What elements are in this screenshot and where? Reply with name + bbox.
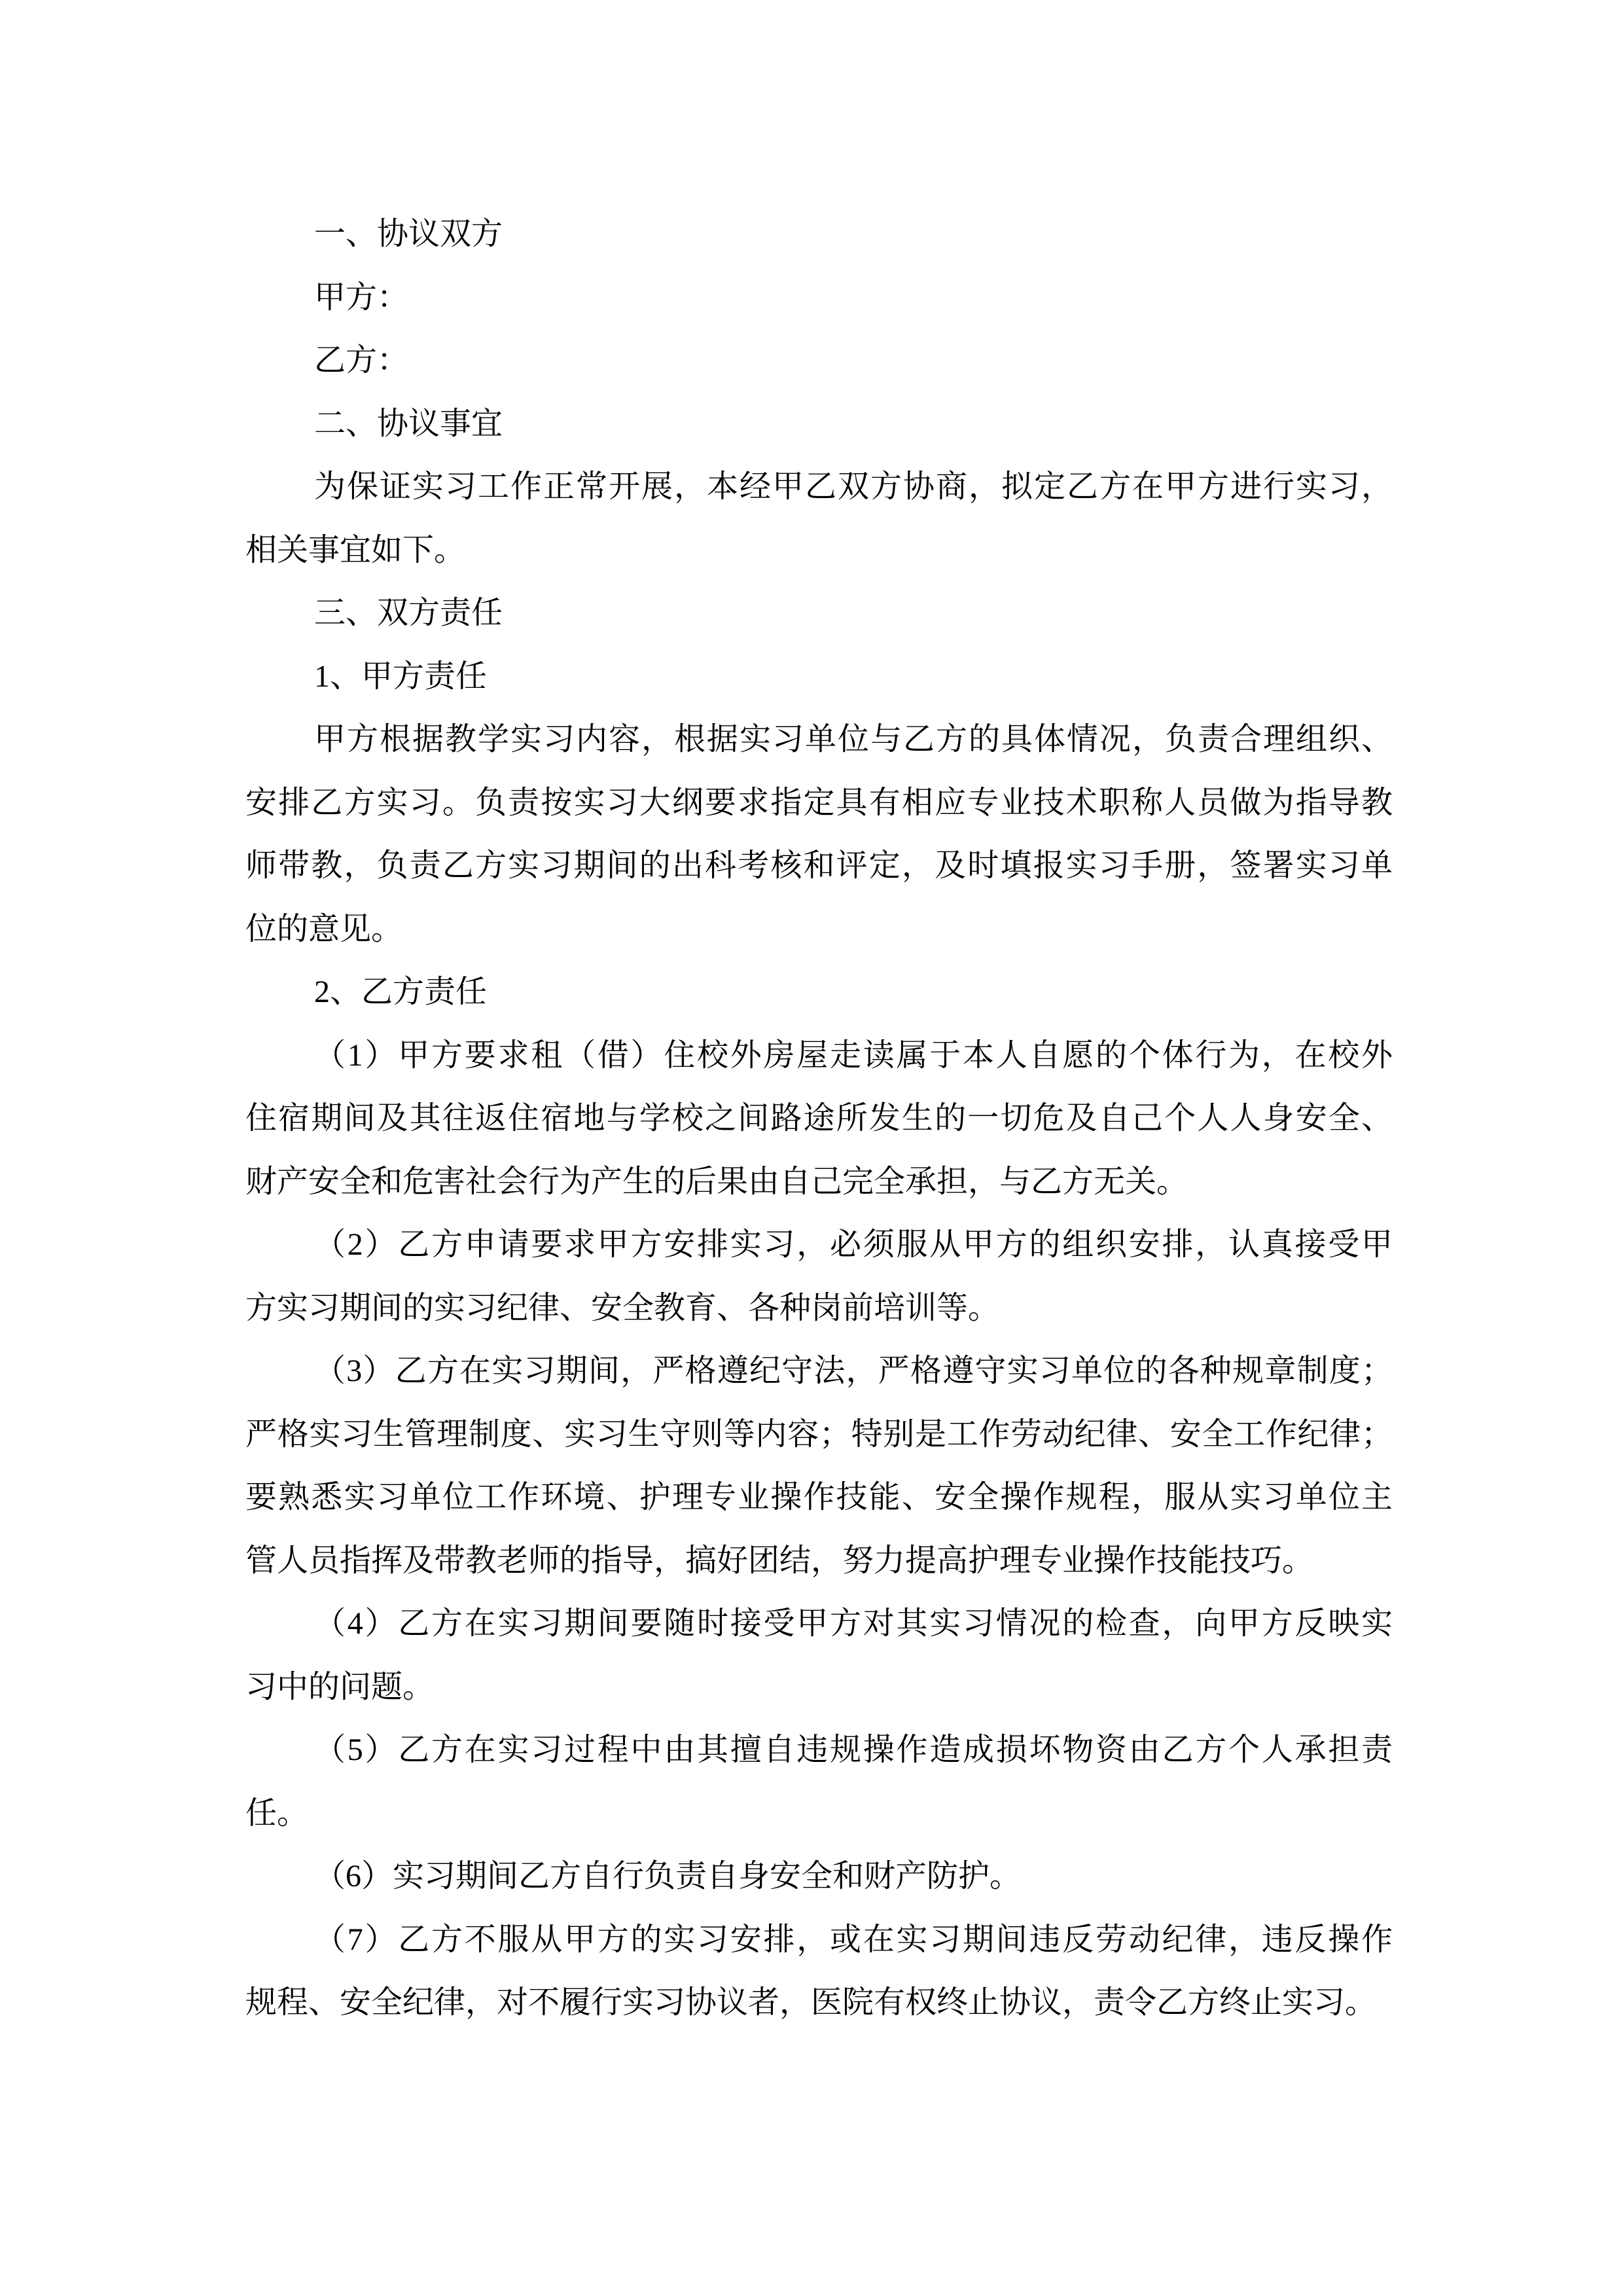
section-heading-2: 二、协议事宜 [245, 393, 1393, 456]
text-line: 安排乙方实习。负责按实习大纲要求指定具有相应专业技术职称人员做为指导教 [245, 772, 1393, 835]
party-b-label: 乙方： [245, 329, 1393, 393]
text-line: 师带教，负责乙方实习期间的出科考核和评定，及时填报实习手册，签署实习单 [245, 834, 1393, 898]
clause-4-line: （4）乙方在实习期间要随时接受甲方对其实习情况的检查，向甲方反映实 [245, 1592, 1393, 1656]
subsection-heading-party-a: 1、甲方责任 [245, 645, 1393, 709]
clause-3-line: （3）乙方在实习期间，严格遵纪守法，严格遵守实习单位的各种规章制度； [245, 1340, 1393, 1403]
clause-4-line: 习中的问题。 [245, 1656, 1393, 1719]
clause-1-line: （1）甲方要求租（借）住校外房屋走读属于本人自愿的个体行为，在校外 [245, 1024, 1393, 1088]
party-a-label: 甲方： [245, 266, 1393, 330]
clause-5-line: 任。 [245, 1782, 1393, 1846]
clause-2-line: 方实习期间的实习纪律、安全教育、各种岗前培训等。 [245, 1277, 1393, 1340]
text-line: 为保证实习工作正常开展，本经甲乙双方协商，拟定乙方在甲方进行实习， [245, 456, 1393, 519]
clause-7-line: 规程、安全纪律，对不履行实习协议者，医院有权终止协议，责令乙方终止实习。 [245, 1971, 1393, 2035]
subsection-heading-party-b: 2、乙方责任 [245, 961, 1393, 1024]
text-line: 甲方根据教学实习内容，根据实习单位与乙方的具体情况，负责合理组织、 [245, 708, 1393, 772]
clause-1-line: 财产安全和危害社会行为产生的后果由自己完全承担，与乙方无关。 [245, 1151, 1393, 1214]
document-page: 一、协议双方 甲方： 乙方： 二、协议事宜 为保证实习工作正常开展，本经甲乙双方… [0, 0, 1623, 2296]
text-line: 位的意见。 [245, 898, 1393, 961]
clause-6-line: （6）实习期间乙方自行负责自身安全和财产防护。 [245, 1845, 1393, 1909]
clause-7-line: （7）乙方不服从甲方的实习安排，或在实习期间违反劳动纪律，违反操作 [245, 1909, 1393, 1972]
clause-2-line: （2）乙方申请要求甲方安排实习，必须服从甲方的组织安排，认真接受甲 [245, 1213, 1393, 1277]
clause-3-line: 管人员指挥及带教老师的指导，搞好团结，努力提高护理专业操作技能技巧。 [245, 1530, 1393, 1593]
text-line: 相关事宜如下。 [245, 519, 1393, 583]
clause-3-line: 严格实习生管理制度、实习生守则等内容；特别是工作劳动纪律、安全工作纪律； [245, 1403, 1393, 1467]
section-heading-1: 一、协议双方 [245, 203, 1393, 266]
clause-1-line: 住宿期间及其往返住宿地与学校之间路途所发生的一切危及自己个人人身安全、 [245, 1087, 1393, 1151]
clause-3-line: 要熟悉实习单位工作环境、护理专业操作技能、安全操作规程，服从实习单位主 [245, 1466, 1393, 1530]
section-heading-3: 三、双方责任 [245, 582, 1393, 645]
clause-5-line: （5）乙方在实习过程中由其擅自违规操作造成损坏物资由乙方个人承担责 [245, 1719, 1393, 1782]
